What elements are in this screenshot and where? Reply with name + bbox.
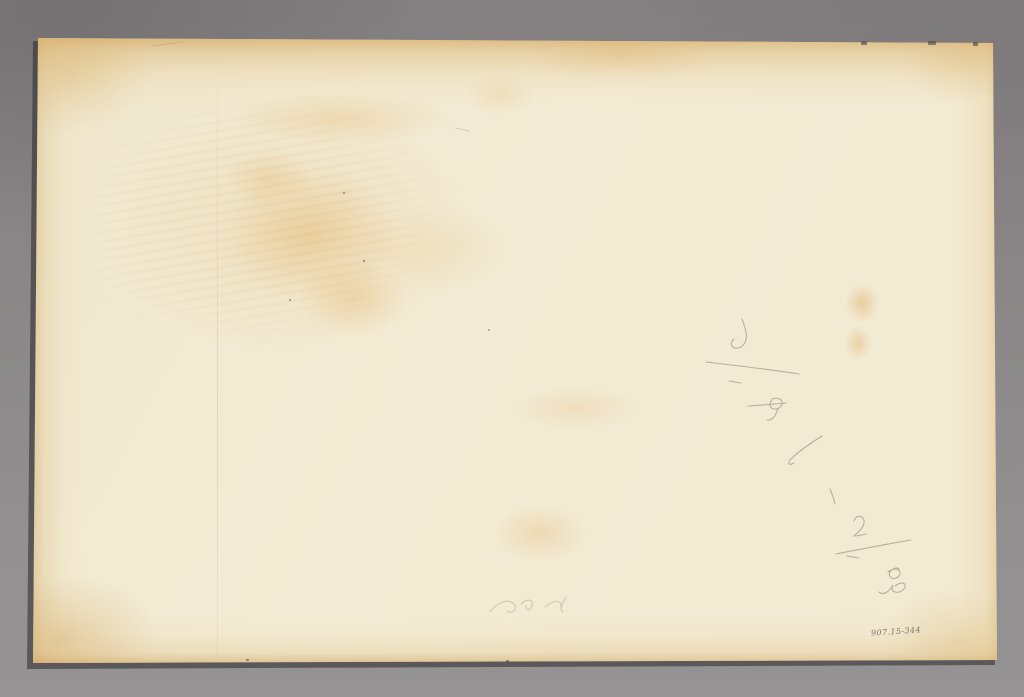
pencil-inscription-bottom (490, 597, 566, 612)
dark-specks (246, 41, 978, 662)
pencil-inscription-right (706, 319, 911, 594)
photo-background: 907.15-344 (0, 0, 1024, 697)
pencil-marks-overlay (0, 0, 1024, 697)
surface-scratch (152, 42, 470, 131)
surface-specks (289, 192, 490, 331)
